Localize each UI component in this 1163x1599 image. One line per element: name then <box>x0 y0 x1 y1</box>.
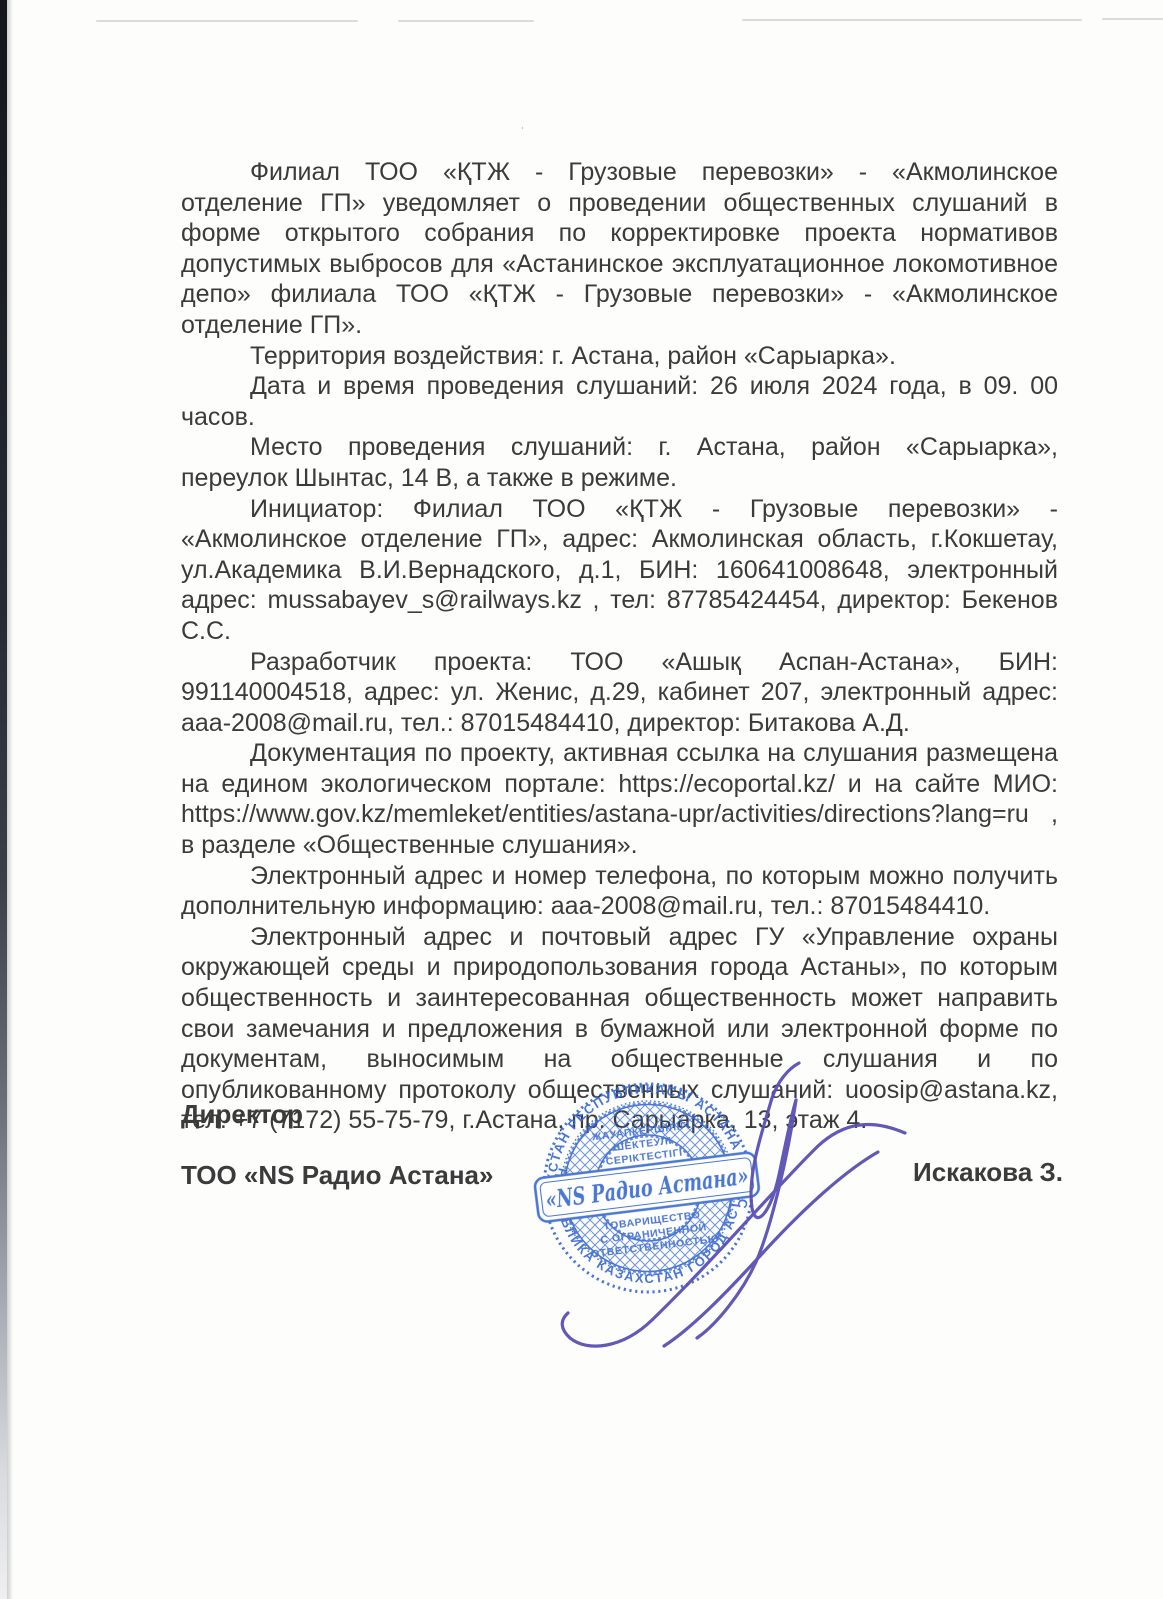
stamp-scallop-inner <box>597 1137 700 1240</box>
stamp-inner-top-line: ШЕКТЕУЛІ <box>613 1135 673 1154</box>
document-paragraph: Дата и время проведения слушаний: 26 июл… <box>181 371 1058 432</box>
document-paragraph: Электронный адрес и почтовый адрес ГУ «У… <box>181 922 1058 1136</box>
scan-hairline <box>398 20 534 22</box>
document-paragraph: Инициатор: Филиал ТОО «ҚТЖ - Грузовые пе… <box>181 494 1058 647</box>
scan-hairline <box>1102 18 1163 20</box>
scanner-edge-shadow <box>7 0 13 1599</box>
document-paragraph: Территория воздействия: г. Астана, район… <box>181 341 1058 372</box>
stamp-banner-text: «NS Радио Астана» <box>544 1161 750 1215</box>
signature-stroke <box>562 1124 905 1346</box>
stamp-inner-circle <box>595 1135 701 1241</box>
stamp-banner-box <box>534 1152 760 1223</box>
document-body: Филиал ТОО «ҚТЖ - Грузовые перевозки» - … <box>181 157 1058 1136</box>
document-paragraph: Филиал ТОО «ҚТЖ - Грузовые перевозки» - … <box>181 157 1058 341</box>
scanned-document-page: ˙ · Филиал ТОО «ҚТЖ - Грузовые перевозки… <box>0 0 1163 1599</box>
stamp-inner-bottom-line: ТОВАРИЩЕСТВО <box>603 1209 701 1233</box>
signer-name: Искакова З. <box>913 1157 1063 1188</box>
document-paragraph: Документация по проекту, активная ссылка… <box>181 738 1058 860</box>
document-paragraph: Место проведения слушаний: г. Астана, ра… <box>181 432 1058 493</box>
document-paragraph: Электронный адрес и номер телефона, по к… <box>181 861 1058 922</box>
stamp-lattice-band <box>580 1120 716 1256</box>
scan-speck: ˙ <box>521 126 525 138</box>
stamp-inner-top-line: СЕРІКТЕСТІГІ <box>605 1147 683 1168</box>
scan-hairline <box>96 20 358 22</box>
signature-stroke <box>664 1152 878 1346</box>
stamp-inner-bottom-line: ОТВЕТСТВЕННОСТЬЮ <box>590 1233 719 1261</box>
stamp-banner-inner-border <box>540 1157 755 1217</box>
signer-title: Директор <box>181 1099 303 1130</box>
document-paragraph: Разработчик проекта: ТОО «Ашық Аспан-Аст… <box>181 647 1058 739</box>
stamp-arc-bottom-text: РЕСПУБЛИКА КАЗАХСТАН ГОРОД АСТАНА <box>553 1167 743 1286</box>
signer-company: ТОО «NS Радио Астана» <box>181 1160 493 1191</box>
stamp-inner-bottom-line: С ОГРАНИЧЕННОЙ <box>600 1220 708 1246</box>
scanner-edge-strip <box>0 0 7 1599</box>
scan-hairline <box>742 19 1082 21</box>
